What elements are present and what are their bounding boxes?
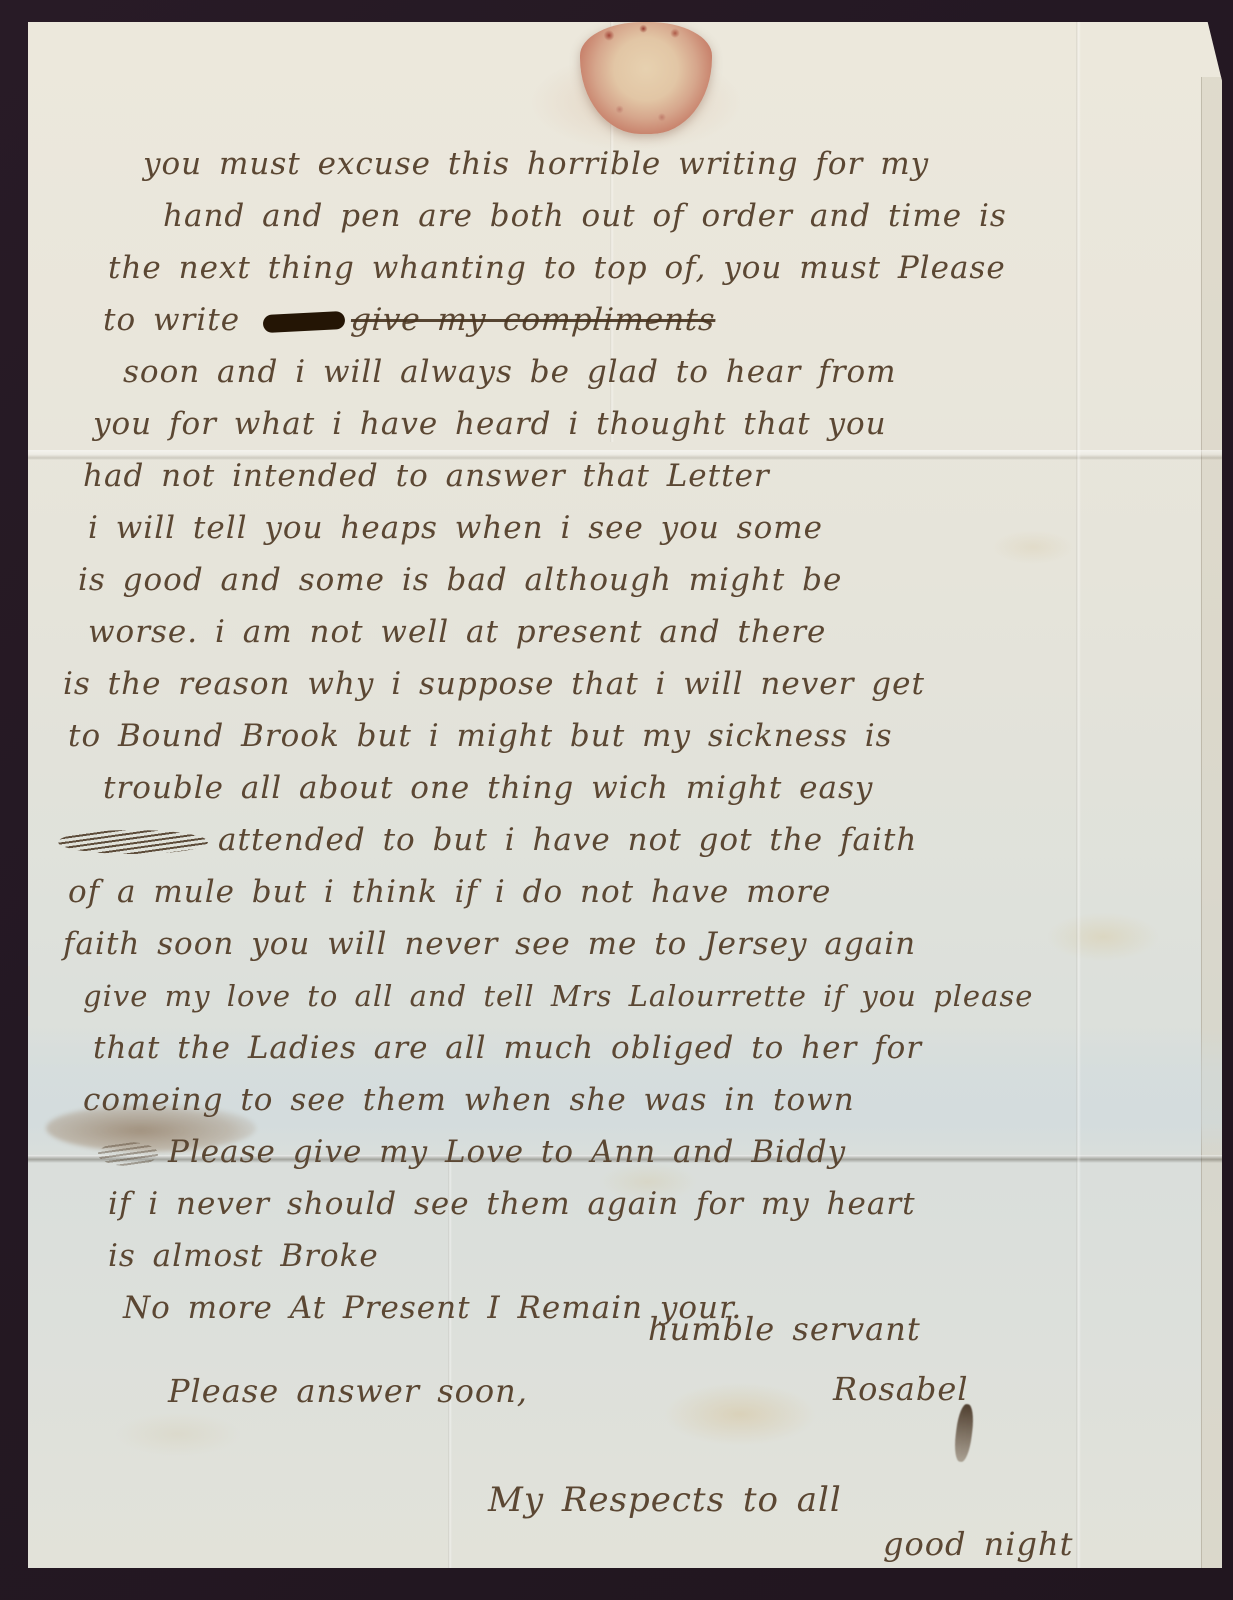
signature: Rosabel (833, 1370, 969, 1408)
letter-text: is the reason why i suppose that i will … (63, 666, 925, 702)
letter-text: you for what i have heard i thought that… (93, 406, 887, 442)
letter-line: i will tell you heaps when i see you som… (28, 502, 1222, 554)
letter-text: trouble all about one thing wich might e… (103, 770, 873, 806)
letter-line: that the Ladies are all much obliged to … (28, 1022, 1222, 1074)
letter-body: you must excuse this horrible writing fo… (28, 22, 1222, 1334)
letter-text: attended to but i have not got the faith (218, 822, 917, 858)
letter-line: if i never should see them again for my … (28, 1178, 1222, 1230)
scribbled-out-word (98, 1142, 158, 1166)
letter-line: of a mule but i think if i do not have m… (28, 866, 1222, 918)
letter-text: is good and some is bad although might b… (78, 562, 842, 598)
letter-line: give my love to all and tell Mrs Lalourr… (28, 970, 1222, 1022)
letter-text: faith soon you will never see me to Jers… (63, 926, 916, 962)
letter-line: attended to but i have not got the faith (28, 814, 1222, 866)
letter-line: had not intended to answer that Letter (28, 450, 1222, 502)
letter-text: that the Ladies are all much obliged to … (93, 1030, 922, 1066)
letter-line: worse. i am not well at present and ther… (28, 606, 1222, 658)
closing-please-answer: Please answer soon, (168, 1372, 528, 1410)
letter-paper: you must excuse this horrible writing fo… (28, 22, 1222, 1568)
letter-line: is almost Broke (28, 1230, 1222, 1282)
letter-line: you for what i have heard i thought that… (28, 398, 1222, 450)
letter-text: had not intended to answer that Letter (83, 458, 770, 494)
letter-line: comeing to see them when she was in town (28, 1074, 1222, 1126)
photo-background: you must excuse this horrible writing fo… (0, 0, 1233, 1600)
letter-line: you must excuse this horrible writing fo… (28, 138, 1222, 190)
struck-through-text: give my compliments (349, 294, 717, 346)
letter-line: is the reason why i suppose that i will … (28, 658, 1222, 710)
ink-smear (953, 1403, 976, 1463)
scribbled-out-word (58, 830, 208, 854)
letter-text: worse. i am not well at present and ther… (88, 614, 826, 650)
letter-line: trouble all about one thing wich might e… (28, 762, 1222, 814)
letter-text: of a mule but i think if i do not have m… (68, 874, 831, 910)
inked-out-word: and (262, 310, 345, 332)
letter-text: to write (103, 302, 257, 338)
letter-line: hand and pen are both out of order and t… (28, 190, 1222, 242)
letter-line: to Bound Brook but i might but my sickne… (28, 710, 1222, 762)
letter-text: to Bound Brook but i might but my sickne… (68, 718, 893, 754)
paper-tab (16, 966, 30, 1016)
letter-text: hand and pen are both out of order and t… (163, 198, 1007, 234)
letter-text: comeing to see them when she was in town (83, 1082, 855, 1118)
letter-line: soon and i will always be glad to hear f… (28, 346, 1222, 398)
letter-text: you must excuse this horrible writing fo… (143, 146, 929, 182)
letter-line: the next thing whanting to top of, you m… (28, 242, 1222, 294)
letter-line: No more At Present I Remain your. (28, 1282, 1222, 1334)
letter-line: is good and some is bad although might b… (28, 554, 1222, 606)
closing-humble-servant: humble servant (648, 1310, 921, 1348)
letter-text: Please give my Love to Ann and Biddy (168, 1134, 846, 1170)
letter-text: is almost Broke (108, 1238, 379, 1274)
letter-text: soon and i will always be glad to hear f… (123, 354, 897, 390)
letter-line: to write andgive my compliments (28, 294, 1222, 346)
letter-line: faith soon you will never see me to Jers… (28, 918, 1222, 970)
letter-text: give my love to all and tell Mrs Lalourr… (83, 979, 1033, 1013)
closing-respects: My Respects to all (488, 1480, 842, 1520)
letter-text: if i never should see them again for my … (108, 1186, 916, 1222)
letter-text: the next thing whanting to top of, you m… (108, 250, 1006, 286)
letter-text: i will tell you heaps when i see you som… (88, 510, 823, 546)
closing-good-night: good night (883, 1525, 1073, 1563)
letter-line: Please give my Love to Ann and Biddy (28, 1126, 1222, 1178)
